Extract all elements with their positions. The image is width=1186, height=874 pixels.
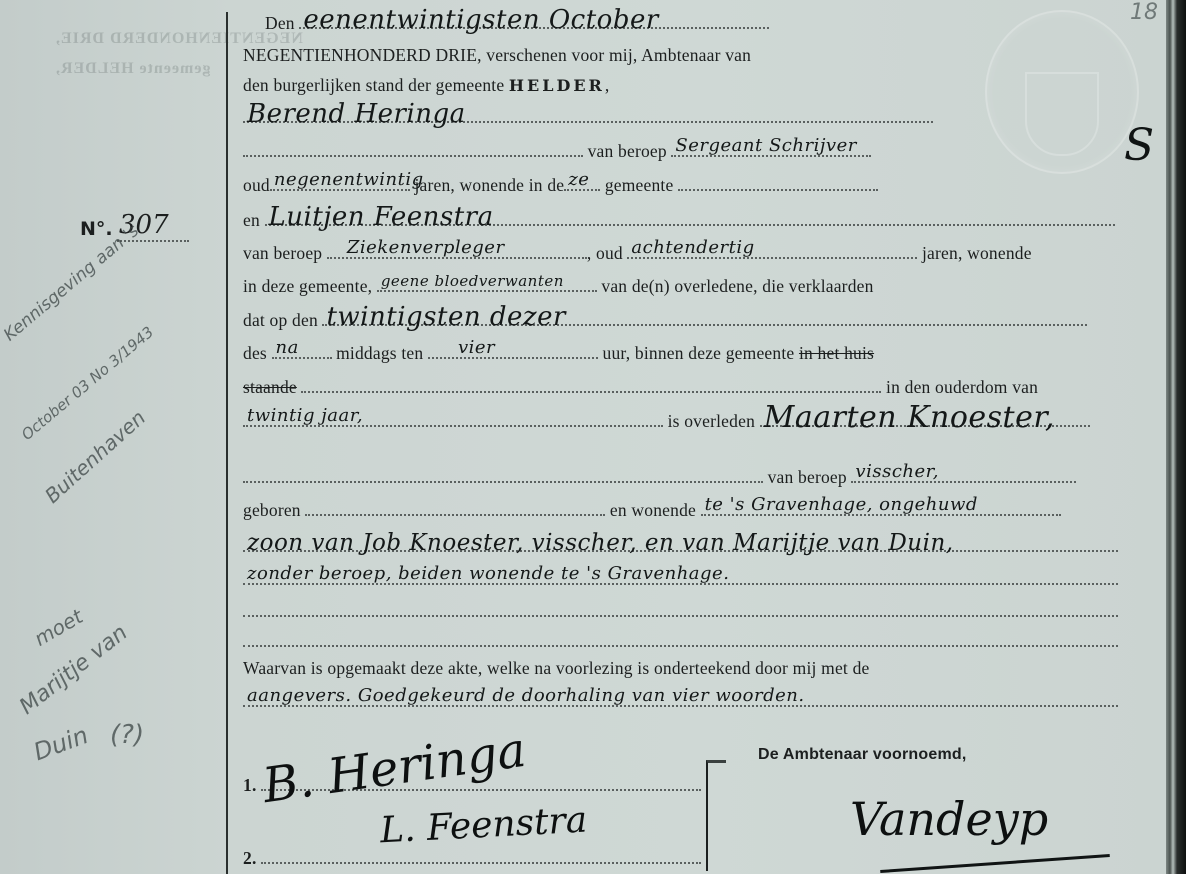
official-label: De Ambtenaar voornoemd, (758, 742, 967, 768)
seal-shield-icon (1025, 72, 1099, 156)
signature-official: Vandeyp (850, 792, 1048, 846)
handwritten-declarant-2: Luitjen Feenstra (269, 204, 494, 230)
line-approval: aangevers. Goedgekeurd de doorhaling van… (243, 688, 1118, 714)
label-overleden: is overleden (668, 411, 755, 431)
line-blank (243, 628, 1118, 654)
line-deceased: twintig jaar, is overleden Maarten Knoes… (243, 408, 1090, 434)
handwritten-age-2: achtendertig (631, 235, 754, 261)
witness-line-2: 2. (243, 845, 701, 871)
handwritten-approval: aangevers. Goedgekeurd de doorhaling van… (247, 683, 805, 709)
line-age-intro: staande in den ouderdom van (243, 374, 1038, 400)
handwritten-age-deceased: twintig jaar, (247, 403, 363, 429)
handwritten-na: na (276, 335, 299, 361)
label-verklaarden: van de(n) overledene, die verklaarden (601, 276, 873, 296)
label-den: Den (265, 13, 295, 33)
handwritten-deceased-name: Maarten Knoester, (764, 405, 1055, 431)
label-geboren: geboren (243, 500, 301, 520)
line-year: NEGENTIENHONDERD DRIE, verschenen voor m… (243, 42, 751, 68)
line-death-time: des na middags ten vier uur, binnen deze… (243, 340, 874, 366)
book-binding-edge (1166, 0, 1186, 874)
struck-text: staande (243, 377, 297, 397)
act-number-label: N°. (80, 218, 113, 240)
handwritten-age-1: negenentwintig (274, 167, 424, 193)
label-in-deze-gemeente: in deze gemeente, (243, 276, 372, 296)
line-municipality: den burgerlijken stand der gemeente HELD… (243, 72, 609, 98)
handwritten-death-date: twintigsten dezer (326, 304, 565, 330)
show-through-text: gemeente HELDER, (55, 60, 211, 78)
handwritten-parents-residence: zonder beroep, beiden wonende te 's Grav… (247, 561, 729, 587)
line-death-date: dat op den twintigsten dezer (243, 307, 1087, 333)
label-oud: , oud (587, 243, 623, 263)
line-deceased-occupation: van beroep visscher, (243, 464, 1076, 490)
label-oud: oud (243, 175, 270, 195)
line-blank (243, 598, 1118, 624)
label-middags-ten: middags ten (336, 343, 423, 363)
label-beroep: van beroep (243, 243, 322, 263)
signature-bracket (706, 760, 726, 871)
label-de: de (547, 175, 564, 195)
witness-1-label: 1. (243, 775, 257, 795)
line-occupation-1: van beroep Sergeant Schrijver (243, 138, 871, 164)
label-jaren-wonende: jaren, wonende in (414, 175, 542, 195)
handwritten-deceased-occupation: visscher, (855, 459, 939, 485)
line-occupation-2: van beroep Ziekenverpleger, oud achtende… (243, 240, 1032, 266)
handwritten-date: eenentwintigsten October (303, 7, 658, 33)
page-number: 18 (1130, 0, 1158, 25)
label-ouderdom: in den ouderdom van (886, 377, 1038, 397)
line-declarant-2: en Luitjen Feenstra (243, 207, 1115, 233)
handwritten-relation: geene bloedverwanten (381, 268, 564, 294)
label-en: en (243, 210, 260, 230)
label-gemeente: den burgerlijken stand der gemeente (243, 75, 504, 95)
handwritten-ze: ze (568, 167, 589, 193)
handwritten-occupation-1: Sergeant Schrijver (675, 133, 856, 159)
label-uur-binnen: uur, binnen deze gemeente (603, 343, 795, 363)
label-gemeente: gemeente (605, 175, 674, 195)
line-declarant-1: Berend Heringa (243, 104, 933, 130)
line-closing: Waarvan is opgemaakt deze akte, welke na… (243, 655, 870, 681)
handwritten-hour: vier (458, 335, 495, 361)
handwritten-occupation-2: Ziekenverpleger (347, 235, 505, 261)
document-page (0, 0, 1168, 874)
label-beroep: van beroep (768, 467, 847, 487)
handwritten-parents: zoon van Job Knoester, visscher, en van … (247, 530, 954, 556)
margin-note: (?) (110, 720, 144, 750)
handwritten-declarant-1: Berend Heringa (247, 101, 466, 127)
label-jaren-wonende: jaren, wonende (922, 243, 1032, 263)
line-parents: zoon van Job Knoester, visscher, en van … (243, 533, 1118, 559)
label-dat-op-den: dat op den (243, 310, 318, 330)
label-beroep: van beroep (588, 141, 667, 161)
label-des: des (243, 343, 267, 363)
witness-2-label: 2. (243, 848, 257, 868)
margin-rule (226, 12, 228, 874)
comma: , (605, 75, 610, 95)
line-date: Den eenentwintigsten October (265, 10, 769, 36)
line-age-1: oudnegenentwintig jaren, wonende in deze… (243, 172, 878, 198)
line-parents-residence: zonder beroep, beiden wonende te 's Grav… (243, 566, 1118, 592)
margin-mark: S (1124, 120, 1154, 171)
line-birthplace: geboren en wonende te 's Gravenhage, ong… (243, 497, 1061, 523)
label-en-wonende: en wonende (610, 500, 696, 520)
handwritten-residence: te 's Gravenhage, ongehuwd (705, 492, 978, 518)
struck-text: in het huis (799, 343, 874, 363)
line-relation: in deze gemeente, geene bloedverwanten v… (243, 273, 874, 299)
municipality-name: HELDER (509, 76, 605, 95)
